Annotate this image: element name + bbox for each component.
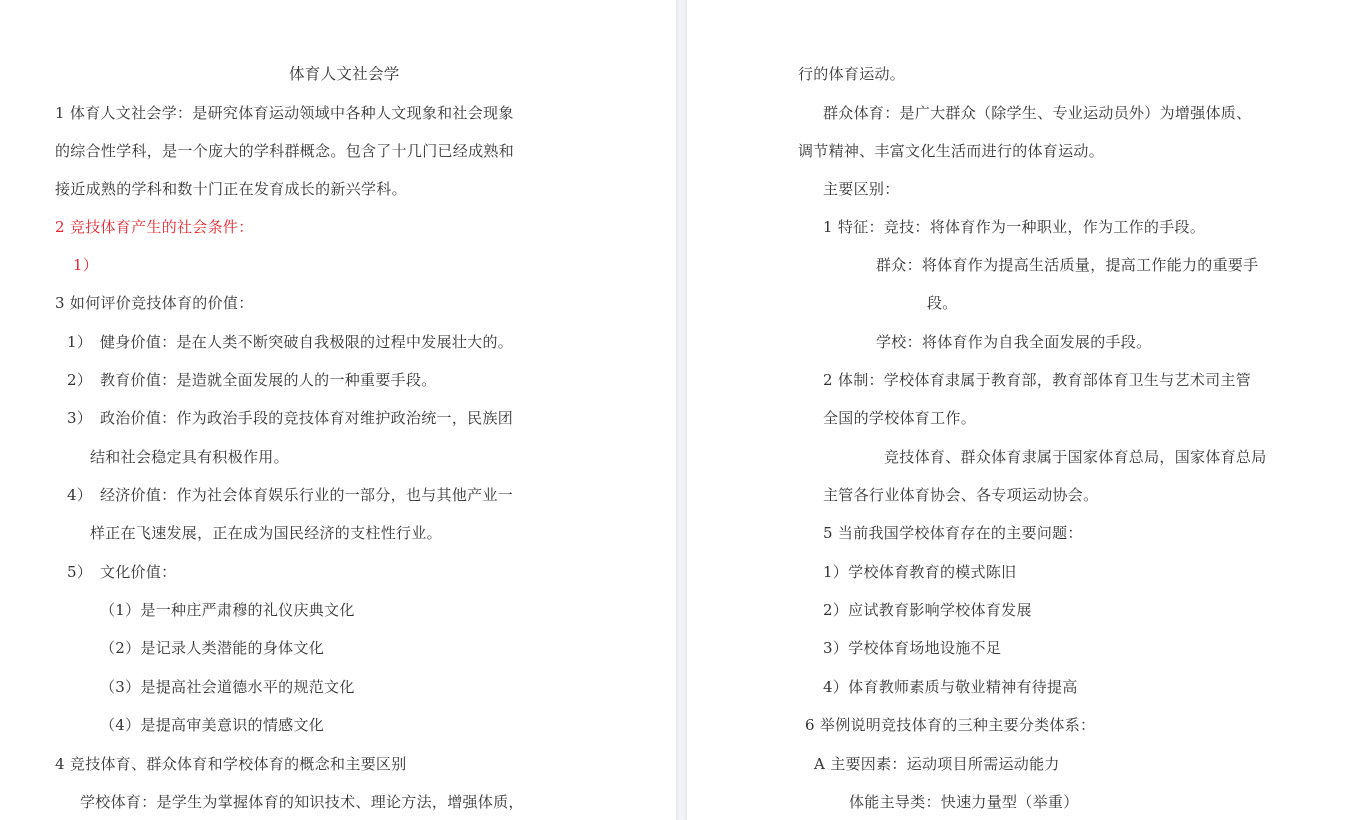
system-line-4: 主管各行业体育协会、各专项运动协会。 [823,485,1098,505]
heading-2-item-1: 1） [73,255,98,275]
left-page: 体育人文社会学 1 体育人文社会学：是研究体育运动领域中各种人文现象和社会现象 … [0,0,676,820]
heading-5: 5 当前我国学校体育存在的主要问题： [823,523,1083,543]
paragraph-1-line-1: 1 体育人文社会学：是研究体育运动领域中各种人文现象和社会现象 [55,103,514,123]
problem-item-3: 3）学校体育场地设施不足 [823,638,1001,658]
value-item-2: 2） 教育价值：是造就全面发展的人的一种重要手段。 [67,370,437,390]
system-line-3: 竞技体育、群众体育隶属于国家体育总局，国家体育总局 [884,447,1267,467]
document-title: 体育人文社会学 [289,64,400,84]
feature-mass-line-1: 群众：将体育作为提高生活质量，提高工作能力的重要手 [876,255,1259,275]
problem-item-1: 1）学校体育教育的模式陈旧 [823,562,1016,582]
problem-item-2: 2）应试教育影响学校体育发展 [823,600,1032,620]
value-item-4-line-2: 样正在飞速发展，正在成为国民经济的支柱性行业。 [90,523,442,543]
heading-6: 6 举例说明竞技体育的三种主要分类体系： [805,715,1095,735]
classification-a-item-1: 体能主导类：快速力量型（举重） [849,792,1079,812]
heading-3: 3 如何评价竞技体育的价值： [55,293,254,313]
culture-item-3: （3）是提高社会道德水平的规范文化 [100,677,355,697]
paragraph-1-line-3: 接近成熟的学科和数十门正在发育成长的新兴学科。 [55,179,407,199]
system-line-1: 2 体制：学校体育隶属于教育部，教育部体育卫生与艺术司主管 [823,370,1251,390]
culture-item-1: （1）是一种庄严肃穆的礼仪庆典文化 [100,600,355,620]
value-item-4-line-1: 4） 经济价值：作为社会体育娱乐行业的一部分，也与其他产业一 [67,485,513,505]
main-differences-heading: 主要区别： [823,179,900,199]
feature-competitive: 1 特征：竞技：将体育作为一种职业，作为工作的手段。 [823,217,1205,237]
document-viewer: 体育人文社会学 1 体育人文社会学：是研究体育运动领域中各种人文现象和社会现象 … [0,0,1357,820]
continuation-line: 行的体育运动。 [798,64,905,84]
culture-item-4: （4）是提高审美意识的情感文化 [100,715,324,735]
system-line-2: 全国的学校体育工作。 [823,408,976,428]
heading-2: 2 竞技体育产生的社会条件： [55,217,254,237]
page-divider [676,0,687,820]
value-item-3-line-1: 3） 政治价值：作为政治手段的竞技体育对维护政治统一，民族团 [67,408,513,428]
value-item-1: 1） 健身价值：是在人类不断突破自我极限的过程中发展壮大的。 [67,332,513,352]
right-page: 行的体育运动。 群众体育：是广大群众（除学生、专业运动员外）为增强体质、 调节精… [687,0,1357,820]
feature-mass-line-2: 段。 [927,293,958,313]
heading-4: 4 竞技体育、群众体育和学校体育的概念和主要区别 [55,754,407,774]
mass-pe-definition-line-2: 调节精神、丰富文化生活而进行的体育运动。 [798,141,1104,161]
school-pe-definition: 学校体育：是学生为掌握体育的知识技术、理论方法，增强体质， [80,792,524,812]
value-item-3-line-2: 结和社会稳定具有积极作用。 [90,447,289,467]
paragraph-1-line-2: 的综合性学科，是一个庞大的学科群概念。包含了十几门已经成熟和 [55,141,514,161]
classification-a: A 主要因素：运动项目所需运动能力 [814,754,1060,774]
problem-item-4: 4）体育教师素质与敬业精神有待提高 [823,677,1078,697]
mass-pe-definition-line-1: 群众体育：是广大群众（除学生、专业运动员外）为增强体质、 [823,103,1251,123]
feature-school: 学校：将体育作为自我全面发展的手段。 [876,332,1151,352]
value-item-5: 5） 文化价值： [67,562,176,582]
culture-item-2: （2）是记录人类潜能的身体文化 [100,638,324,658]
